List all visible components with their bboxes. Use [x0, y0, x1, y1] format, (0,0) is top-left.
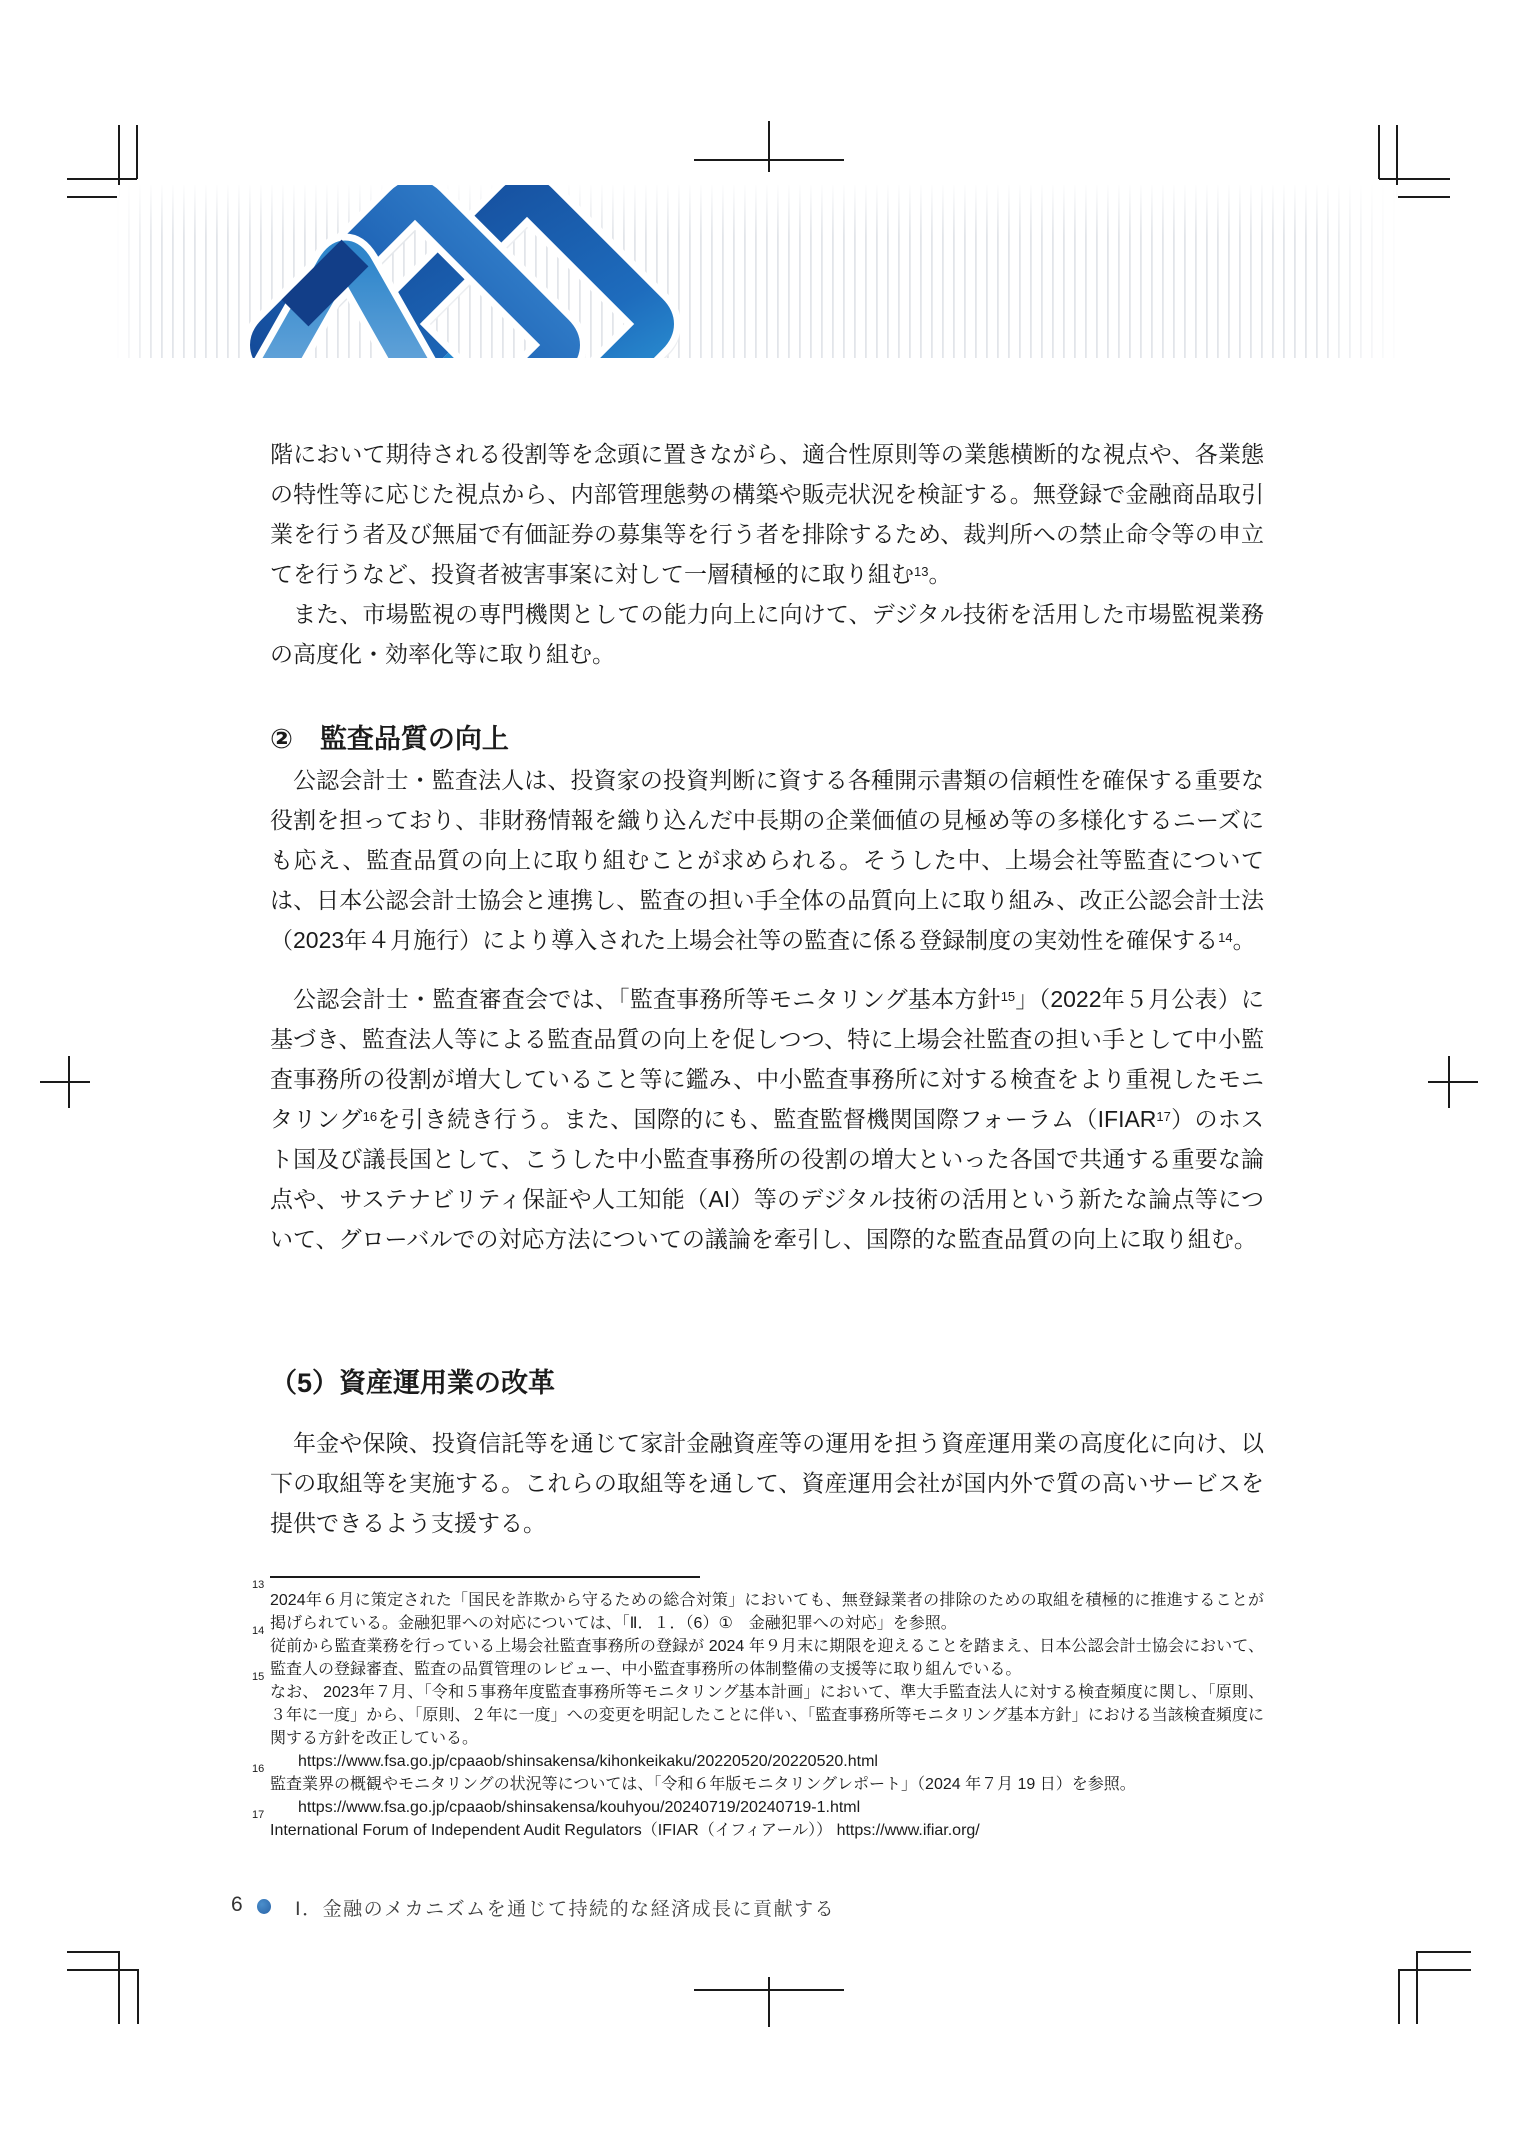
crop-mark [118, 1951, 120, 2024]
body-paragraph-asset-management: 年金や保険、投資信託等を通じて家計金融資産等の運用を担う資産運用業の高度化に向け… [270, 1423, 1264, 1543]
body-paragraph-cpa-audit: 公認会計士・監査法人は、投資家の投資判断に資する各種開示書類の信頼性を確保する重… [270, 760, 1264, 960]
crop-mark [694, 1989, 844, 1991]
footnote-item: 132024年６月に策定された「国民を詐欺から守るための総合対策」においても、無… [252, 1589, 1264, 1635]
chain-links-graphic [160, 185, 680, 358]
crop-mark [1398, 1969, 1400, 2024]
crop-mark [694, 159, 844, 161]
footnote-item: 15なお、 2023年７月、「令和５事務年度監査事務所等モニタリング基本計画」に… [252, 1681, 1264, 1773]
section-heading-audit-quality: ② 監査品質の向上 [270, 722, 1264, 756]
crop-mark [67, 1951, 120, 1953]
footnote-ref: 13 [914, 564, 928, 579]
fsa-chainlink-logo [160, 185, 680, 358]
footnote-separator [270, 1576, 700, 1578]
crop-mark [1398, 1969, 1471, 1971]
crop-mark [1378, 125, 1380, 179]
crop-mark [768, 1977, 770, 2027]
crop-mark [67, 178, 137, 180]
footnote-ref: 17 [1156, 1109, 1170, 1124]
crop-mark [40, 1081, 90, 1083]
crop-mark [136, 125, 138, 179]
page-number: 6 [231, 1893, 243, 1917]
footnote-ref: 16 [363, 1109, 377, 1124]
crop-mark [67, 196, 119, 198]
crop-mark [1379, 178, 1450, 180]
crop-mark [67, 1969, 139, 1971]
footnote-url-link[interactable]: https://www.fsa.go.jp/cpaaob/shinsakensa… [298, 1796, 1264, 1819]
crop-mark [768, 121, 770, 172]
footnote-item: 16監査業界の概観やモニタリングの状況等については、「令和６年版モニタリングレポ… [252, 1773, 1264, 1819]
body-paragraph-cpaaob-monitoring: 公認会計士・監査審査会では、「監査事務所等モニタリング基本方針15」（2022年… [270, 979, 1264, 1259]
footnote-ref: 14 [1218, 930, 1232, 945]
crop-mark [1428, 1081, 1478, 1083]
section-heading-asset-management-reform: （5）資産運用業の改革 [270, 1366, 1264, 1400]
crop-mark [1448, 1056, 1450, 1108]
footnote-item: 17International Forum of Independent Aud… [252, 1819, 1264, 1842]
crop-mark [1417, 1951, 1471, 1953]
crop-mark [137, 1969, 139, 2024]
footnote-url-link[interactable]: https://www.fsa.go.jp/cpaaob/shinsakensa… [298, 1750, 1264, 1773]
footnote-ref: 15 [1001, 989, 1015, 1004]
body-paragraph-digital-surveillance: また、市場監視の専門機関としての能力向上に向けて、デジタル技術を活用した市場監視… [270, 594, 1264, 674]
crop-mark [1416, 1951, 1418, 2024]
body-paragraph-market-surveillance: 階において期待される役割等を念頭に置きながら、適合性原則等の業態横断的な視点や、… [270, 434, 1264, 594]
footer-chapter-label: Ⅰ．金融のメカニズムを通じて持続的な経済成長に貢献する [295, 1894, 835, 1921]
footnote-item: 14従前から監査業務を行っている上場会社監査事務所の登録が 2024 年９月末に… [252, 1635, 1264, 1681]
crop-mark [68, 1056, 70, 1108]
footnotes-block: 132024年６月に策定された「国民を詐欺から守るための総合対策」においても、無… [252, 1589, 1264, 1842]
crop-mark [1396, 196, 1450, 198]
document-page: 階において期待される役割等を念頭に置きながら、適合性原則等の業態横断的な視点や、… [0, 0, 1518, 2150]
footer-dot-icon [257, 1899, 271, 1914]
